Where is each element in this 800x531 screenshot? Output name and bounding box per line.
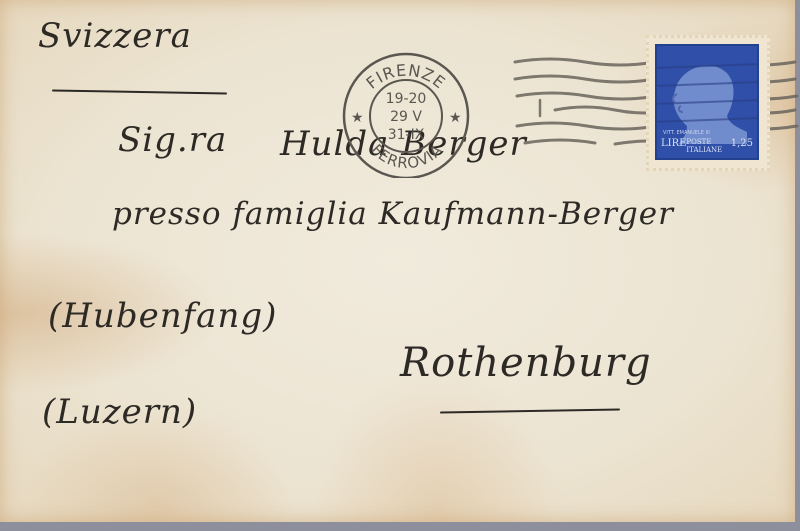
stamp-country: POSTE ITALIANE [686, 138, 730, 154]
stamp-engraver-text: VITT. EMANUELE III [663, 130, 710, 136]
salutation: Sig.ra [118, 120, 227, 160]
postmark-office: FERROVIA [368, 141, 447, 173]
envelope: Svizzera Sig.ra Hulda Berger presso fami… [0, 0, 795, 522]
city-underline [440, 408, 620, 413]
postmark-time: 19-20 [386, 91, 427, 107]
care-of-line: presso famiglia Kaufmann-Berger [112, 196, 674, 232]
stamp-face: VITT. EMANUELE III LIRE POSTE ITALIANE 1… [655, 44, 759, 160]
canton: (Luzern) [42, 392, 197, 432]
postmark-date: 29 V [390, 109, 422, 125]
stamp-value: 1,25 [731, 138, 753, 154]
postmark: FIRENZE FERROVIA 19-20 29 V 31-IX ★ ★ [337, 48, 475, 178]
locality-line: (Hubenfang) [48, 296, 277, 336]
svg-text:FERROVIA: FERROVIA [368, 141, 447, 173]
destination-country: Svizzera [38, 16, 192, 56]
star-icon: ★ [351, 110, 364, 126]
postage-stamp: VITT. EMANUELE III LIRE POSTE ITALIANE 1… [646, 35, 770, 171]
star-icon: ★ [449, 110, 462, 126]
postmark-year: 31-IX [388, 127, 425, 143]
postmark-city: FIRENZE [363, 61, 450, 93]
svg-text:FIRENZE: FIRENZE [363, 61, 450, 93]
destination-underline [52, 89, 227, 94]
city: Rothenburg [400, 340, 652, 386]
stamp-currency: LIRE [661, 138, 686, 154]
